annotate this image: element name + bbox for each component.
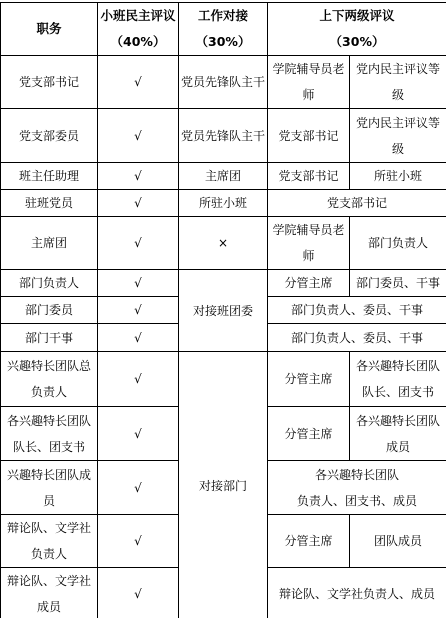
cell-work-link: 党员先锋队主干 bbox=[179, 109, 268, 163]
cell-position: 辩论队、文学社成员 bbox=[1, 568, 98, 618]
cell-position: 兴趣特长团队总负责人 bbox=[1, 352, 98, 407]
cell-two-level-review: 辩论队、文学社负责人、成员 bbox=[268, 568, 446, 618]
merged-line-2: 负责人、团支书、成员 bbox=[270, 488, 444, 514]
table-row: 主席团 √ × 学院辅导员老师 部门负责人 bbox=[1, 217, 446, 270]
cell-upper-review: 分管主席 bbox=[268, 352, 350, 407]
cell-work-link: 所驻小班 bbox=[179, 190, 268, 217]
cell-lower-review: 各兴趣特长团队成员 bbox=[350, 407, 446, 461]
check-icon: √ bbox=[98, 568, 179, 618]
cell-upper-review: 党支部书记 bbox=[268, 109, 350, 163]
header-work-link: 工作对接（30%） bbox=[179, 3, 268, 56]
cell-position: 各兴趣特长团队队长、团支书 bbox=[1, 407, 98, 461]
cell-two-level-review: 各兴趣特长团队负责人、团支书、成员 bbox=[268, 461, 446, 515]
cell-work-link-merged: 对接部门 bbox=[179, 352, 268, 618]
cell-two-level-review: 部门负责人、委员、干事 bbox=[268, 324, 446, 352]
header-two-level-review-label: 上下两级评议 bbox=[270, 3, 444, 29]
cell-lower-review: 部门委员、干事 bbox=[350, 270, 446, 297]
cell-position: 班主任助理 bbox=[1, 163, 98, 190]
cell-position: 党支部书记 bbox=[1, 56, 98, 109]
cell-lower-review: 部门负责人 bbox=[350, 217, 446, 270]
cell-work-link: 党员先锋队主干 bbox=[179, 56, 268, 109]
check-icon: √ bbox=[98, 190, 179, 217]
header-row: 职务 小班民主评议（40%） 工作对接（30%） 上下两级评议（30%） bbox=[1, 3, 446, 56]
table-row: 部门负责人 √ 对接班团委 分管主席 部门委员、干事 bbox=[1, 270, 446, 297]
cell-work-link-merged: 对接班团委 bbox=[179, 270, 268, 352]
table-row: 兴趣特长团队总负责人 √ 对接部门 分管主席 各兴趣特长团队队长、团支书 bbox=[1, 352, 446, 407]
cross-icon: × bbox=[179, 217, 268, 270]
merged-line-1: 各兴趣特长团队 bbox=[270, 462, 444, 488]
cell-lower-review: 党内民主评议等级 bbox=[350, 56, 446, 109]
cell-lower-review: 所驻小班 bbox=[350, 163, 446, 190]
header-work-link-label: 工作对接 bbox=[181, 3, 265, 29]
check-icon: √ bbox=[98, 407, 179, 461]
check-icon: √ bbox=[98, 56, 179, 109]
evaluation-table: 职务 小班民主评议（40%） 工作对接（30%） 上下两级评议（30%） 党支部… bbox=[0, 2, 446, 618]
header-class-review-weight: （40%） bbox=[100, 29, 176, 55]
cell-position: 驻班党员 bbox=[1, 190, 98, 217]
cell-position: 兴趣特长团队成员 bbox=[1, 461, 98, 515]
cell-upper-review: 分管主席 bbox=[268, 270, 350, 297]
table-row: 班主任助理 √ 主席团 党支部书记 所驻小班 bbox=[1, 163, 446, 190]
header-class-review: 小班民主评议（40%） bbox=[98, 3, 179, 56]
check-icon: √ bbox=[98, 461, 179, 515]
header-work-link-weight: （30%） bbox=[181, 29, 265, 55]
check-icon: √ bbox=[98, 217, 179, 270]
check-icon: √ bbox=[98, 270, 179, 297]
table-row: 党支部委员 √ 党员先锋队主干 党支部书记 党内民主评议等级 bbox=[1, 109, 446, 163]
check-icon: √ bbox=[98, 109, 179, 163]
cell-position: 党支部委员 bbox=[1, 109, 98, 163]
cell-lower-review: 团队成员 bbox=[350, 515, 446, 568]
cell-two-level-review: 部门负责人、委员、干事 bbox=[268, 297, 446, 324]
cell-position: 部门委员 bbox=[1, 297, 98, 324]
cell-position: 部门干事 bbox=[1, 324, 98, 352]
cell-position: 主席团 bbox=[1, 217, 98, 270]
cell-lower-review: 各兴趣特长团队队长、团支书 bbox=[350, 352, 446, 407]
header-two-level-review: 上下两级评议（30%） bbox=[268, 3, 446, 56]
cell-upper-review: 分管主席 bbox=[268, 407, 350, 461]
table-row: 驻班党员 √ 所驻小班 党支部书记 bbox=[1, 190, 446, 217]
cell-two-level-review: 党支部书记 bbox=[268, 190, 446, 217]
cell-position: 部门负责人 bbox=[1, 270, 98, 297]
check-icon: √ bbox=[98, 297, 179, 324]
header-two-level-review-weight: （30%） bbox=[270, 29, 444, 55]
cell-position: 辩论队、文学社负责人 bbox=[1, 515, 98, 568]
header-position: 职务 bbox=[1, 3, 98, 56]
cell-work-link: 主席团 bbox=[179, 163, 268, 190]
header-class-review-label: 小班民主评议 bbox=[100, 3, 176, 29]
cell-upper-review: 学院辅导员老师 bbox=[268, 56, 350, 109]
check-icon: √ bbox=[98, 515, 179, 568]
cell-lower-review: 党内民主评议等级 bbox=[350, 109, 446, 163]
check-icon: √ bbox=[98, 163, 179, 190]
cell-upper-review: 党支部书记 bbox=[268, 163, 350, 190]
table-row: 党支部书记 √ 党员先锋队主干 学院辅导员老师 党内民主评议等级 bbox=[1, 56, 446, 109]
check-icon: √ bbox=[98, 352, 179, 407]
cell-upper-review: 学院辅导员老师 bbox=[268, 217, 350, 270]
check-icon: √ bbox=[98, 324, 179, 352]
cell-upper-review: 分管主席 bbox=[268, 515, 350, 568]
